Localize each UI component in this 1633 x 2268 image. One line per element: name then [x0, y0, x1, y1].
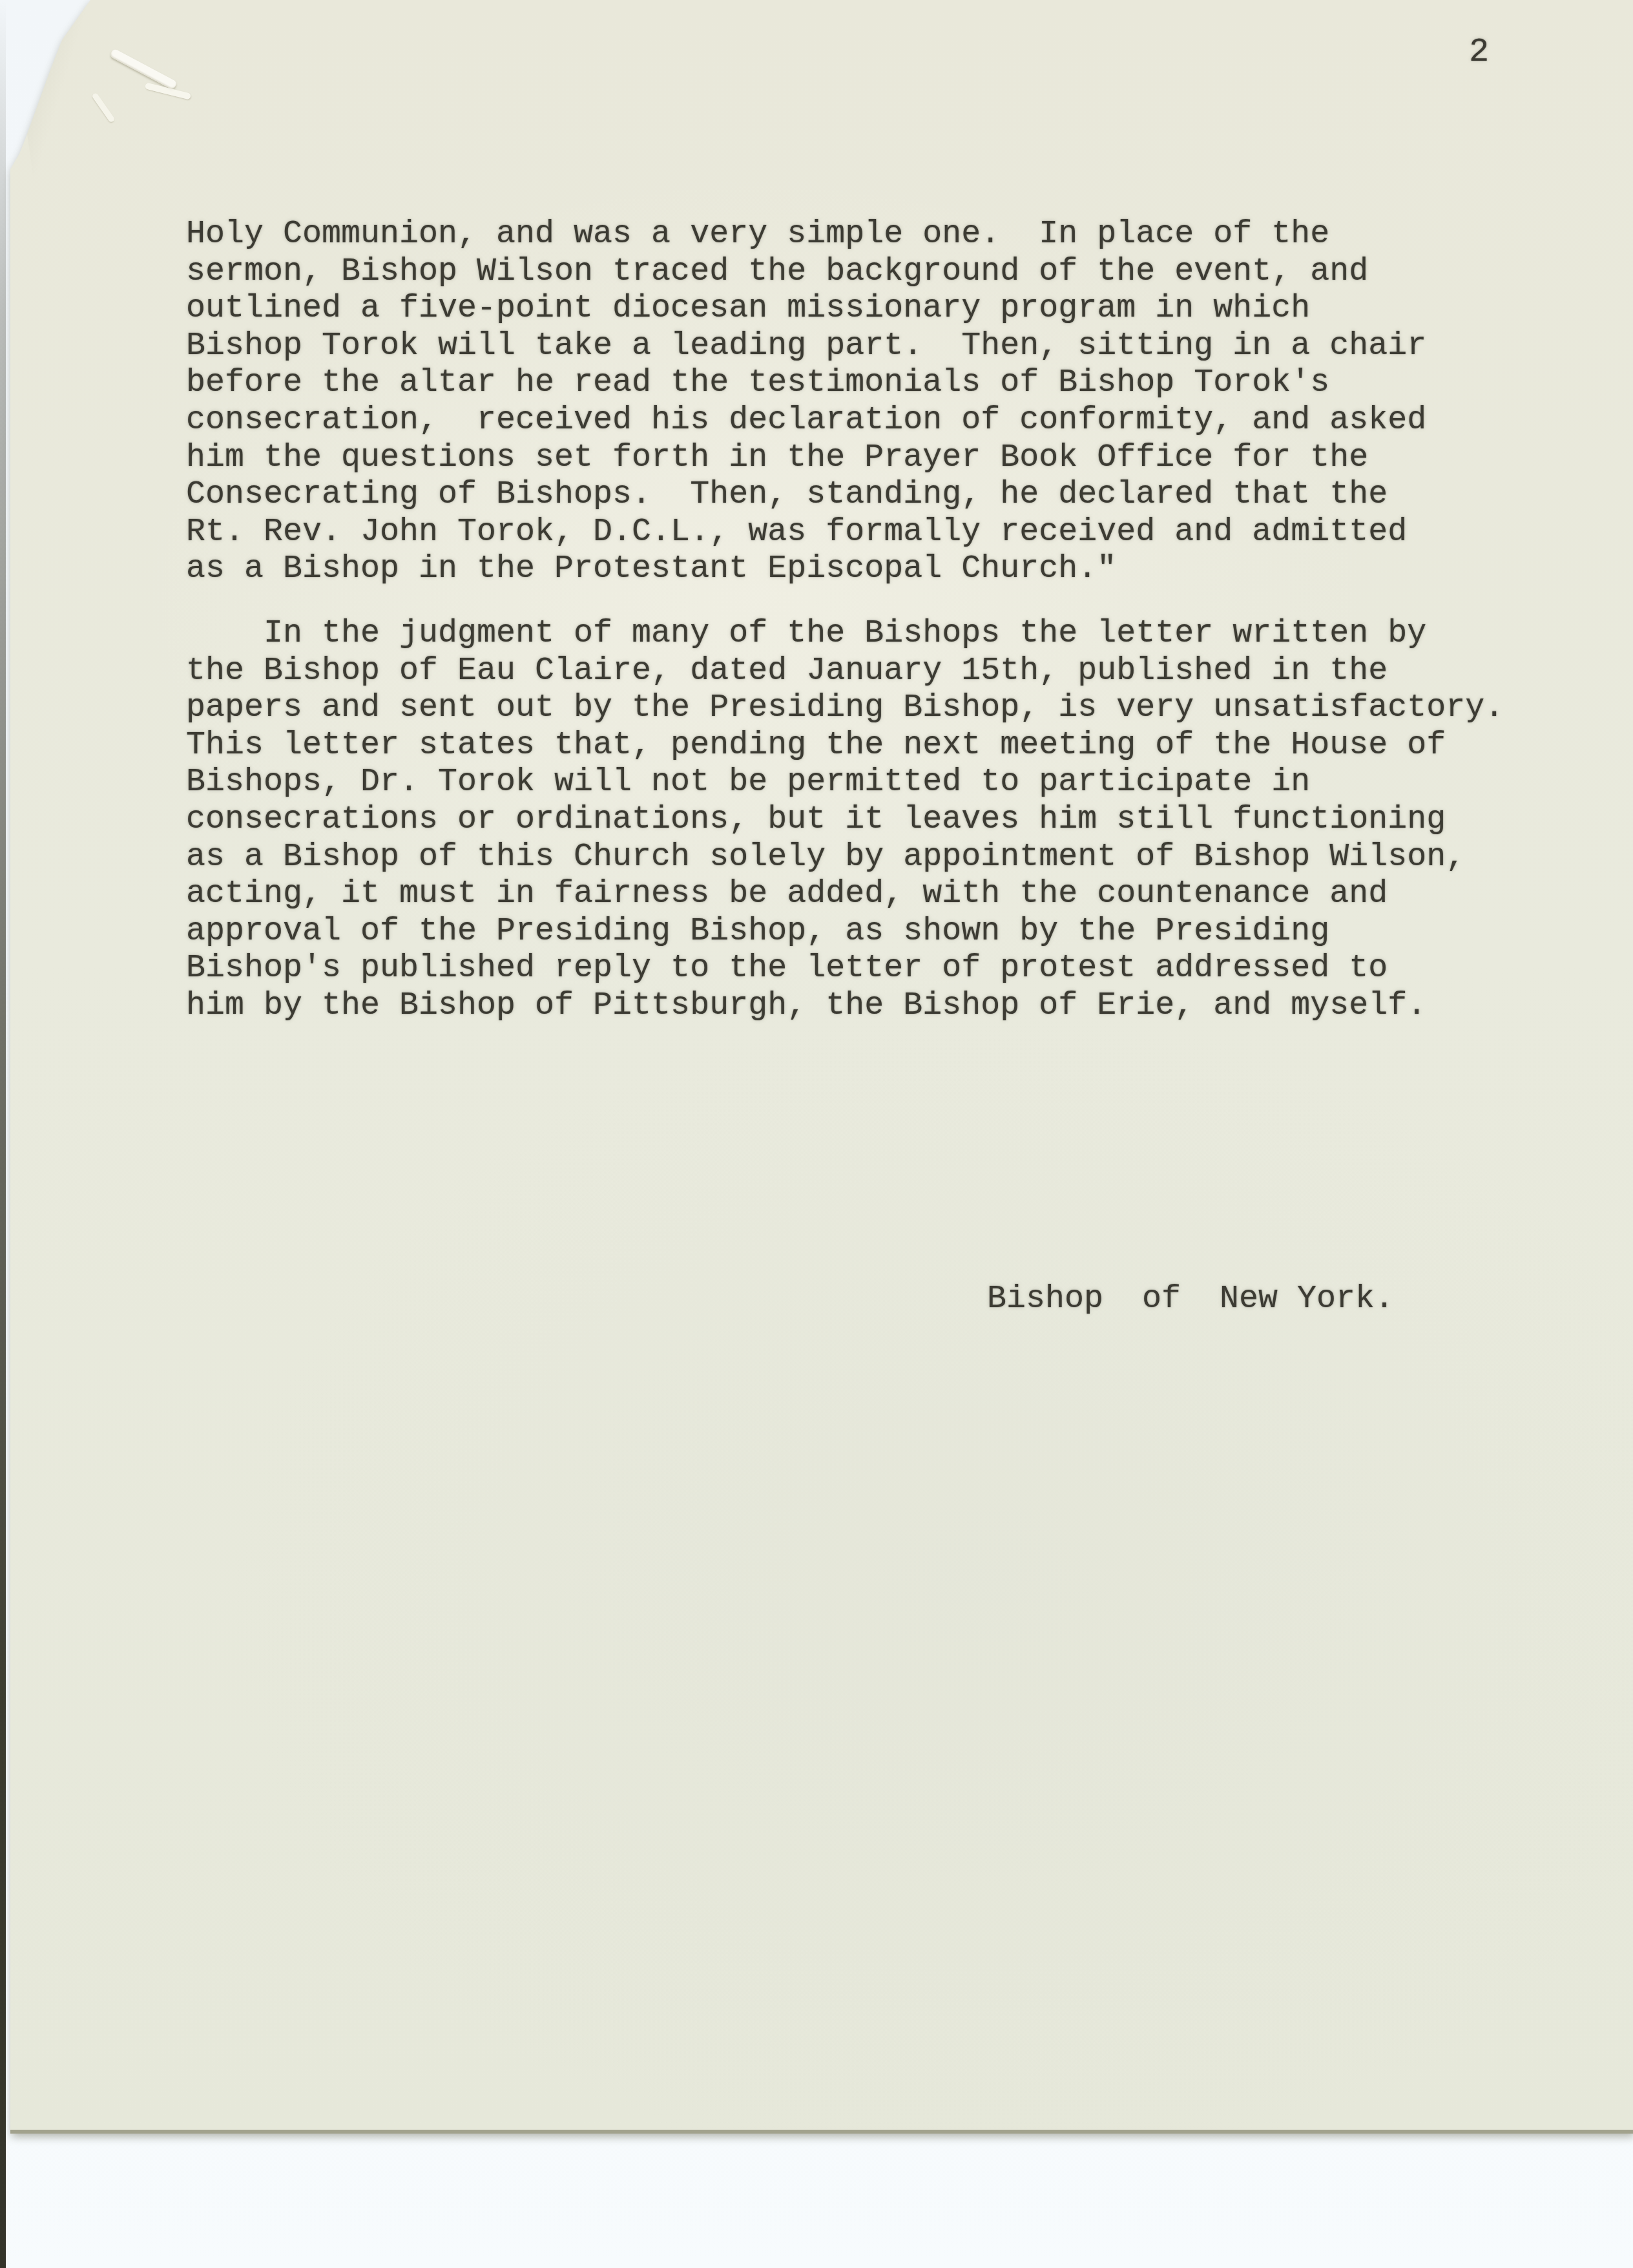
page-number: 2 — [1469, 34, 1489, 71]
text-line: him by the Bishop of Pittsburgh, the Bis… — [186, 987, 1504, 1025]
text-line: Bishop Torok will take a leading part. T… — [186, 328, 1426, 365]
text-line: Holy Communion, and was a very simple on… — [186, 216, 1426, 253]
text-line: sermon, Bishop Wilson traced the backgro… — [186, 253, 1426, 291]
text-line: before the altar he read the testimonial… — [186, 364, 1426, 402]
text-line: Bishops, Dr. Torok will not be permitted… — [186, 764, 1504, 801]
text-line: Consecrating of Bishops. Then, standing,… — [186, 476, 1426, 514]
text-line: In the judgment of many of the Bishops t… — [186, 615, 1504, 653]
text-line: consecrations or ordinations, but it lea… — [186, 801, 1504, 839]
signature-line: Bishop of New York. — [987, 1281, 1394, 1318]
text-line: consecration, received his declaration o… — [186, 402, 1426, 439]
text-line: papers and sent out by the Presiding Bis… — [186, 689, 1504, 727]
text-line: Bishop's published reply to the letter o… — [186, 950, 1504, 987]
text-line: This letter states that, pending the nex… — [186, 727, 1504, 764]
text-line: as a Bishop in the Protestant Episcopal … — [186, 551, 1426, 588]
text-line: as a Bishop of this Church solely by app… — [186, 839, 1504, 876]
paragraph-bishops-judgment: In the judgment of many of the Bishops t… — [186, 615, 1504, 1025]
text-line: approval of the Presiding Bishop, as sho… — [186, 913, 1504, 950]
paper-sheet: 2 Holy Communion, and was a very simple … — [10, 0, 1633, 2134]
paragraph-consecration-account: Holy Communion, and was a very simple on… — [186, 216, 1426, 588]
text-line: him the questions set forth in the Praye… — [186, 439, 1426, 477]
paper-crease — [109, 48, 177, 90]
text-line: acting, it must in fairness be added, wi… — [186, 876, 1504, 913]
scanned-letter-page: 2 Holy Communion, and was a very simple … — [0, 0, 1633, 2268]
scanner-edge-strip — [0, 0, 6, 2268]
torn-corner-shading — [8, 0, 133, 206]
text-line: Rt. Rev. John Torok, D.C.L., was formall… — [186, 514, 1426, 551]
text-line: the Bishop of Eau Claire, dated January … — [186, 653, 1504, 690]
text-line: outlined a five-point diocesan missionar… — [186, 290, 1426, 328]
